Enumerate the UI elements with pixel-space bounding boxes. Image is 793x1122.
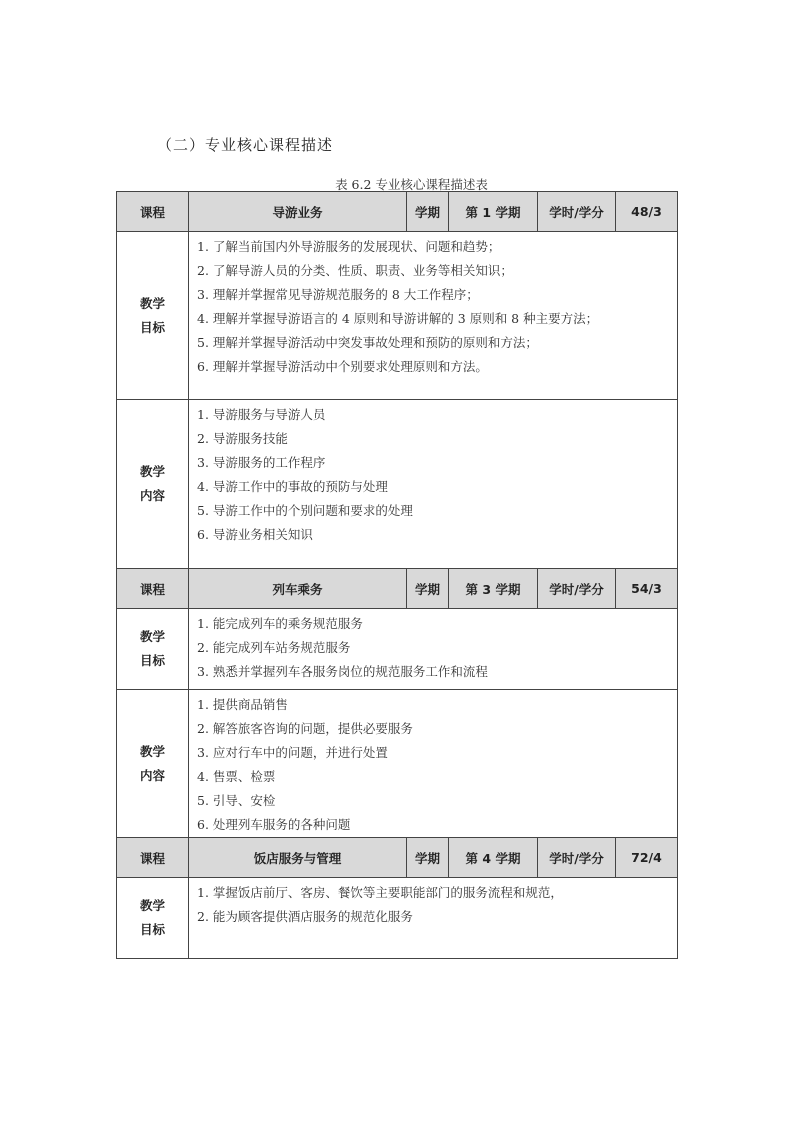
list-item: 4. 理解并掌握导游语言的 4 原则和导游讲解的 3 原则和 8 种主要方法； bbox=[197, 307, 671, 331]
course-name: 列车乘务 bbox=[189, 569, 407, 609]
semester-label: 学期 bbox=[407, 838, 449, 878]
content-list: 1. 提供商品销售 2. 解答旅客咨询的问题，提供必要服务 3. 应对行车中的问… bbox=[189, 690, 678, 838]
hours-credits-value: 54/3 bbox=[616, 569, 678, 609]
objectives-label: 教学 目标 bbox=[117, 878, 189, 959]
content-list: 1. 导游服务与导游人员 2. 导游服务技能 3. 导游服务的工作程序 4. 导… bbox=[189, 400, 678, 569]
content-label: 教学 内容 bbox=[117, 690, 189, 838]
course-header-row: 课程 列车乘务 学期 第 3 学期 学时/学分 54/3 bbox=[117, 569, 678, 609]
objectives-list: 1. 了解当前国内外导游服务的发展现状、问题和趋势； 2. 了解导游人员的分类、… bbox=[189, 232, 678, 400]
course-header-row: 课程 导游业务 学期 第 1 学期 学时/学分 48/3 bbox=[117, 192, 678, 232]
semester-label: 学期 bbox=[407, 569, 449, 609]
list-item: 2. 能为顾客提供酒店服务的规范化服务 bbox=[197, 905, 671, 929]
list-item: 2. 能完成列车站务规范服务 bbox=[197, 636, 671, 660]
list-item: 1. 了解当前国内外导游服务的发展现状、问题和趋势； bbox=[197, 235, 671, 259]
course-name: 导游业务 bbox=[189, 192, 407, 232]
hours-credits-label: 学时/学分 bbox=[538, 838, 616, 878]
objectives-list: 1. 能完成列车的乘务规范服务 2. 能完成列车站务规范服务 3. 熟悉并掌握列… bbox=[189, 609, 678, 690]
objectives-row: 教学 目标 1. 能完成列车的乘务规范服务 2. 能完成列车站务规范服务 3. … bbox=[117, 609, 678, 690]
course-header-row: 课程 饭店服务与管理 学期 第 4 学期 学时/学分 72/4 bbox=[117, 838, 678, 878]
course-name: 饭店服务与管理 bbox=[189, 838, 407, 878]
list-item: 3. 理解并掌握常见导游规范服务的 8 大工作程序； bbox=[197, 283, 671, 307]
course-description-table: 课程 导游业务 学期 第 1 学期 学时/学分 48/3 教学 目标 1. 了解… bbox=[116, 191, 678, 959]
objectives-list: 1. 掌握饭店前厅、客房、餐饮等主要职能部门的服务流程和规范， 2. 能为顾客提… bbox=[189, 878, 678, 959]
list-item: 5. 导游工作中的个别问题和要求的处理 bbox=[197, 499, 671, 523]
list-item: 5. 理解并掌握导游活动中突发事故处理和预防的原则和方法； bbox=[197, 331, 671, 355]
list-item: 3. 导游服务的工作程序 bbox=[197, 451, 671, 475]
objectives-row: 教学 目标 1. 掌握饭店前厅、客房、餐饮等主要职能部门的服务流程和规范， 2.… bbox=[117, 878, 678, 959]
semester-value: 第 4 学期 bbox=[449, 838, 538, 878]
hours-credits-value: 48/3 bbox=[616, 192, 678, 232]
objectives-label: 教学 目标 bbox=[117, 232, 189, 400]
semester-value: 第 1 学期 bbox=[449, 192, 538, 232]
list-item: 4. 售票、检票 bbox=[197, 765, 671, 789]
list-item: 6. 导游业务相关知识 bbox=[197, 523, 671, 547]
semester-label: 学期 bbox=[407, 192, 449, 232]
objectives-row: 教学 目标 1. 了解当前国内外导游服务的发展现状、问题和趋势； 2. 了解导游… bbox=[117, 232, 678, 400]
section-title: （二）专业核心课程描述 bbox=[157, 134, 333, 155]
content-row: 教学 内容 1. 导游服务与导游人员 2. 导游服务技能 3. 导游服务的工作程… bbox=[117, 400, 678, 569]
content-label: 教学 内容 bbox=[117, 400, 189, 569]
list-item: 6. 处理列车服务的各种问题 bbox=[197, 813, 671, 837]
list-item: 1. 能完成列车的乘务规范服务 bbox=[197, 612, 671, 636]
course-label: 课程 bbox=[117, 192, 189, 232]
list-item: 3. 熟悉并掌握列车各服务岗位的规范服务工作和流程 bbox=[197, 660, 671, 684]
course-label: 课程 bbox=[117, 838, 189, 878]
list-item: 1. 掌握饭店前厅、客房、餐饮等主要职能部门的服务流程和规范， bbox=[197, 881, 671, 905]
list-item: 5. 引导、安检 bbox=[197, 789, 671, 813]
list-item: 2. 了解导游人员的分类、性质、职责、业务等相关知识； bbox=[197, 259, 671, 283]
list-item: 3. 应对行车中的问题，并进行处置 bbox=[197, 741, 671, 765]
list-item: 4. 导游工作中的事故的预防与处理 bbox=[197, 475, 671, 499]
list-item: 2. 解答旅客咨询的问题，提供必要服务 bbox=[197, 717, 671, 741]
hours-credits-value: 72/4 bbox=[616, 838, 678, 878]
list-item: 1. 提供商品销售 bbox=[197, 693, 671, 717]
content-row: 教学 内容 1. 提供商品销售 2. 解答旅客咨询的问题，提供必要服务 3. 应… bbox=[117, 690, 678, 838]
objectives-label: 教学 目标 bbox=[117, 609, 189, 690]
hours-credits-label: 学时/学分 bbox=[538, 192, 616, 232]
list-item: 6. 理解并掌握导游活动中个别要求处理原则和方法。 bbox=[197, 355, 671, 379]
list-item: 2. 导游服务技能 bbox=[197, 427, 671, 451]
semester-value: 第 3 学期 bbox=[449, 569, 538, 609]
course-label: 课程 bbox=[117, 569, 189, 609]
hours-credits-label: 学时/学分 bbox=[538, 569, 616, 609]
list-item: 1. 导游服务与导游人员 bbox=[197, 403, 671, 427]
